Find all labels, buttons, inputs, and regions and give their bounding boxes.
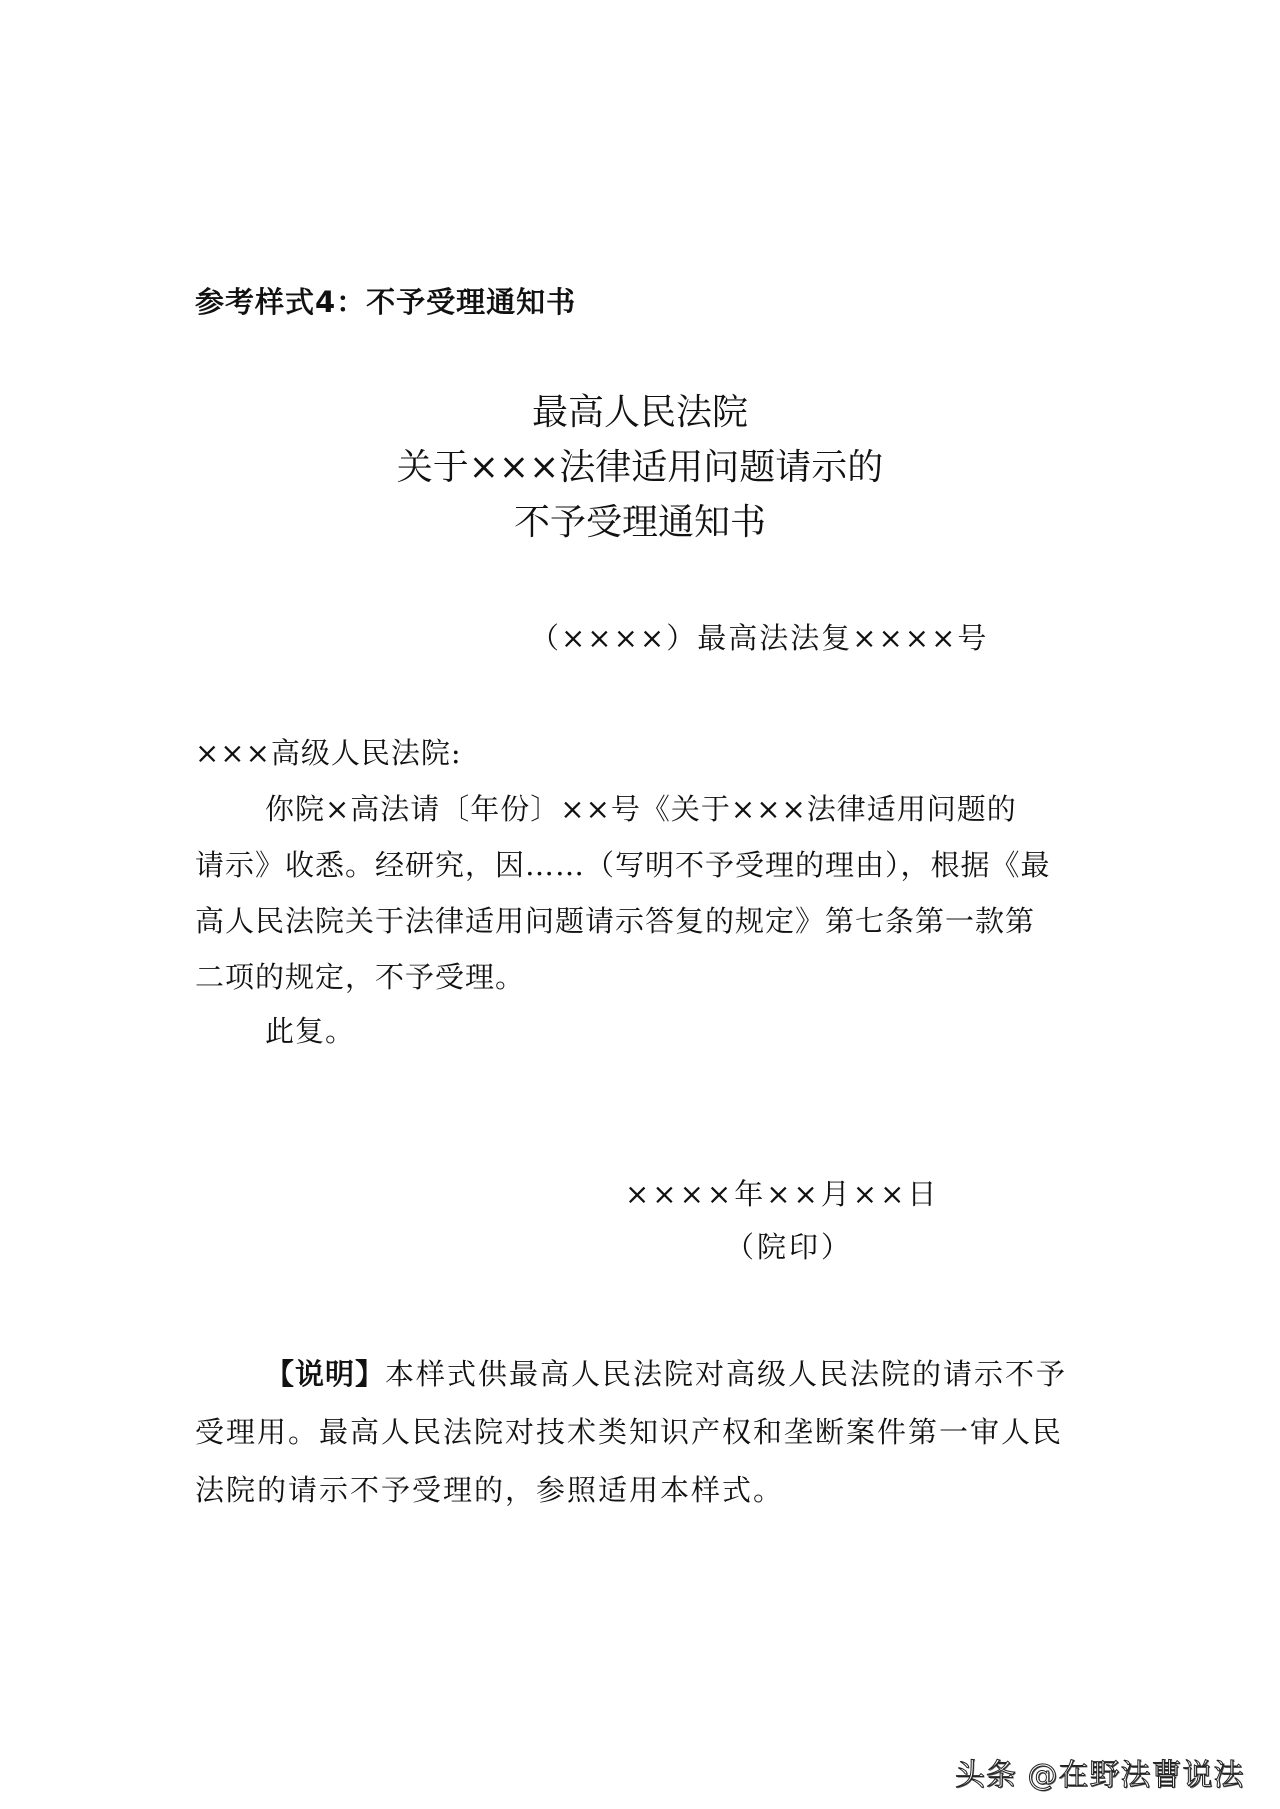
closing-phrase: 此复。 bbox=[195, 1003, 1095, 1059]
note-heading: 【说明】 bbox=[265, 1357, 385, 1391]
note-line: 本样式供最高人民法院对高级人民法院的请示不予 bbox=[385, 1357, 1067, 1391]
note-first-line: 【说明】本样式供最高人民法院对高级人民法院的请示不予 bbox=[195, 1345, 1067, 1403]
document-title: 最高人民法院 关于×××法律适用问题请示的 不予受理通知书 bbox=[0, 385, 1280, 550]
title-line-court: 最高人民法院 bbox=[0, 385, 1280, 440]
closing-text: 此复。 bbox=[195, 1003, 1095, 1059]
addressee: ×××高级人民法院: bbox=[195, 725, 1095, 781]
document-number: （××××）最高法法复××××号 bbox=[530, 616, 988, 657]
body-paragraph: 你院×高法请〔年份〕××号《关于×××法律适用问题的 请示》收悉。经研究，因……… bbox=[195, 781, 1095, 1005]
court-seal: （院印） bbox=[725, 1225, 853, 1266]
body-line: 请示》收悉。经研究，因……（写明不予受理的理由），根据《最 bbox=[195, 837, 1095, 893]
watermark: 头条 @在野法曹说法 bbox=[955, 1750, 1245, 1794]
note-line: 法院的请示不予受理的，参照适用本样式。 bbox=[195, 1461, 1067, 1519]
body-line: 高人民法院关于法律适用问题请示答复的规定》第七条第一款第 bbox=[195, 893, 1095, 949]
sample-label: 参考样式4：不予受理通知书 bbox=[195, 280, 576, 321]
title-line-subject: 关于×××法律适用问题请示的 bbox=[0, 440, 1280, 495]
title-line-type: 不予受理通知书 bbox=[0, 495, 1280, 550]
body-line: 二项的规定，不予受理。 bbox=[195, 949, 1095, 1005]
signature-date: ××××年××月××日 bbox=[625, 1172, 939, 1213]
note-line: 受理用。最高人民法院对技术类知识产权和垄断案件第一审人民 bbox=[195, 1403, 1067, 1461]
body-line: 你院×高法请〔年份〕××号《关于×××法律适用问题的 bbox=[195, 781, 1095, 837]
note-section: 【说明】本样式供最高人民法院对高级人民法院的请示不予 受理用。最高人民法院对技术… bbox=[195, 1345, 1067, 1519]
